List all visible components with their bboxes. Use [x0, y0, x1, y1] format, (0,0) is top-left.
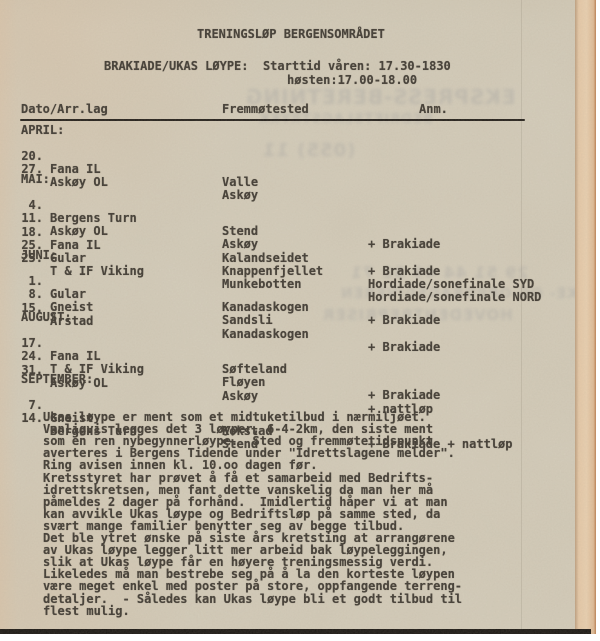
month-section-header: JUNI: [0, 249, 575, 262]
schedule-row: 17. Fana IL Søfteland [0, 324, 575, 337]
header-divider-rule [20, 119, 525, 122]
adjacent-page-edge [575, 0, 596, 634]
month-section-header: APRIL: [0, 124, 575, 137]
page-title: TRENINGSLØP BERGENSOMRÅDET [197, 28, 385, 41]
column-header-date-club: Dato/Arr.lag [21, 103, 108, 116]
subtitle-start-times-spring: BRAKIADE/UKAS LØYPE: Starttid våren: 17.… [104, 60, 451, 73]
schedule-row: 7. Gneist Kokstad + Brakiade + nattløp [0, 386, 575, 399]
column-header-remarks: Anm. [419, 103, 448, 116]
paragraph-line: Kretsstyret har prøvet å få et samarbeid… [43, 472, 433, 484]
scanned-document-page: EKSPRESS-BERETNINGBEDRIFTSLAGSTRYKK(055)… [0, 0, 600, 641]
paragraph-line: detaljer. - Således kan Ukas løype bli e… [43, 593, 462, 605]
month-section-header: AUGUST: [0, 311, 575, 324]
paragraph-line: Ring avisen innen kl. 10.oo dagen før. [43, 459, 318, 471]
schedule-row: 31. Askøy OL Askøy + nattløp [0, 351, 575, 364]
paragraph-line: kan avvikle Ukas løype og Bedriftsløp på… [43, 508, 440, 520]
paragraph-line: flest mulig. [43, 605, 130, 617]
paragraph-line: være meget enkel med poster på store, op… [43, 580, 462, 592]
scan-bottom-border [0, 629, 591, 634]
schedule-row: 27. Askøy OL Askøy [0, 150, 575, 163]
schedule-row: 1. Gular Kanadaskogen + Brakiade [0, 262, 575, 275]
paragraph-line: påmeldes 2 dager på forhånd. Imidlertid … [43, 496, 448, 508]
schedule-row: 8. Gneist Sandsli [0, 275, 575, 288]
schedule-row: 15. Årstad Kanadaskogen + Brakiade [0, 289, 575, 302]
schedule-row: 4. Bergens Turn Stend + Brakiade [0, 186, 575, 199]
month-section-header: MAI: [0, 173, 575, 186]
schedule-row: 20. Fana IL Valle [0, 137, 575, 150]
month-section-header: SEPTEMBER: [0, 373, 575, 386]
scan-margin-bottom [0, 634, 600, 641]
schedule-row: 25. Gular Knappenfjellet Hordiade/sonefi… [0, 226, 575, 239]
subtitle-start-times-autumn: høsten:17.00-18.00 [287, 74, 417, 87]
scan-margin-right [596, 0, 600, 641]
column-header-meeting-place: Fremmøtested [222, 103, 309, 116]
schedule-row: 18. Fana IL Kalandseidet + Brakiade [0, 213, 575, 226]
paragraph-line: idrettskretsen, men fant dette vanskelig… [43, 484, 433, 496]
schedule-row: 24. T & IF Viking Fløyen + Brakiade [0, 337, 575, 350]
event-date: 14. [21, 412, 43, 425]
schedule-row: 11. Askøy OL Askøy [0, 199, 575, 212]
